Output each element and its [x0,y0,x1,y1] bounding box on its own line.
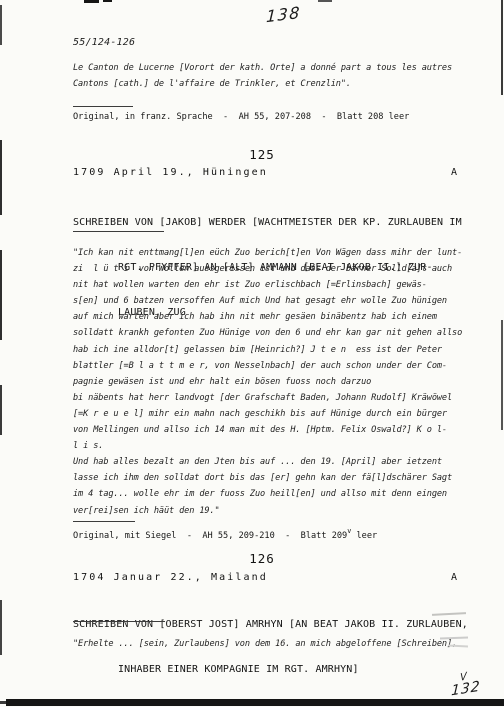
text-line: hab ich ine alldor[t] gelassen bim [Hein… [73,342,462,358]
entry-126-quote: "Erhelte ... [sein, Zurlaubens] von dem … [73,636,457,652]
scan-edge-top-mark [103,0,112,2]
text-line: blattler [=B l a t t m e r, von Nesselnb… [73,358,462,374]
text-line: zi l ü t i von Wollen aussgerissen ist u… [73,261,462,277]
text-line: ver[rei]sen ich häüt den 19." [73,503,462,519]
entry-number-125: 125 [73,147,451,162]
text-line: Le Canton de Lucerne [Vorort der kath. O… [73,60,452,76]
text-line: "Ich kan nit enttmang[l]en eüch Zuo beri… [73,245,462,261]
title-line: SCHREIBEN VON [OBERST JOST] AMRHYN [AN B… [73,617,468,632]
text-line: von Mellingen und allso ich 14 man mit d… [73,422,462,438]
scan-edge-bottom-band [6,699,504,706]
title-line: INHABER EINER KOMPAGNIE IM RGT. AMRHYN] [118,662,468,677]
handwritten-page-number-bottom: 132 [451,679,481,700]
scan-edge-top-mark [84,0,99,3]
scan-edge-top-mark [318,0,332,2]
entry-125-quote: "Ich kan nit enttmang[l]en eüch Zuo beri… [73,245,462,519]
source-text: leer [351,531,377,541]
scan-edge-left-segment [0,385,2,435]
text-line: [=K r e u e l] mihr ein mahn nach geschi… [73,406,462,422]
text-line: s[en] und 6 batzen versoffen Auf mich Un… [73,293,462,309]
text-line: auf mich warten aber ich hab ihn nit meh… [73,309,462,325]
text-line: lasse ich ihm den solldat dort bis das [… [73,470,462,486]
scan-edge-left-segment [0,250,2,340]
entry-126-corner-letter: A [451,572,457,583]
text-line: bi näbents hat herr landvogt [der Grafsc… [73,390,462,406]
text-line: nit hat wollen warten den ehr ist Zuo er… [73,277,462,293]
separator-line [73,231,164,232]
text-line: pagnie gewäsen ist und ehr halt ein böse… [73,374,462,390]
text-line: solldatt krankh gefonten Zuo Hünige von … [73,325,462,341]
entry-number-126: 126 [73,551,451,566]
separator-line [73,521,135,522]
scan-edge-right-segment [501,0,503,95]
text-line: Und hab alles bezalt an den Jten bis auf… [73,454,462,470]
entry-126-date-place: 1704 Januar 22., Mailand [73,572,268,583]
scan-edge-bottom-left [0,701,6,704]
entry-125-corner-letter: A [451,167,457,178]
entry-125-date-row: 1709 April 19., Hüningen A [73,167,457,178]
text-line: Cantons [cath.] de l'affaire de Trinkler… [73,76,452,92]
source-text: Original, mit Siegel - AH 55, 209-210 - … [73,531,347,541]
scan-edge-left-segment [0,140,2,215]
entry-125-date-place: 1709 April 19., Hüningen [73,167,268,178]
scan-edge-right-segment [501,320,503,430]
entry-126-date-row: 1704 Januar 22., Mailand A [73,572,457,583]
separator-line [73,621,165,622]
intro-quote: Le Canton de Lucerne [Vorort der kath. O… [73,60,452,92]
intro-source-line: Original, in franz. Sprache - AH 55, 207… [73,112,409,122]
text-line: l i s. [73,438,462,454]
text-line: "Erhelte ... [sein, Zurlaubens] von dem … [73,636,457,652]
handwritten-page-number-top: 138 [266,3,302,27]
folio-superscript: v [347,527,351,535]
separator-line [73,106,133,107]
text-line: im 4 tag... wolle ehr im der fuoss Zuo h… [73,486,462,502]
entry-125-source-line: Original, mit Siegel - AH 55, 209-210 - … [73,528,377,541]
scan-edge-left-segment [0,600,2,655]
archive-reference: 55/124-126 [73,37,135,48]
scan-edge-left-segment [0,5,2,45]
scanned-document-page: 138 55/124-126 Le Canton de Lucerne [Vor… [0,0,504,707]
title-line: SCHREIBEN VON [JAKOB] WERDER [WACHTMEIST… [73,215,462,230]
